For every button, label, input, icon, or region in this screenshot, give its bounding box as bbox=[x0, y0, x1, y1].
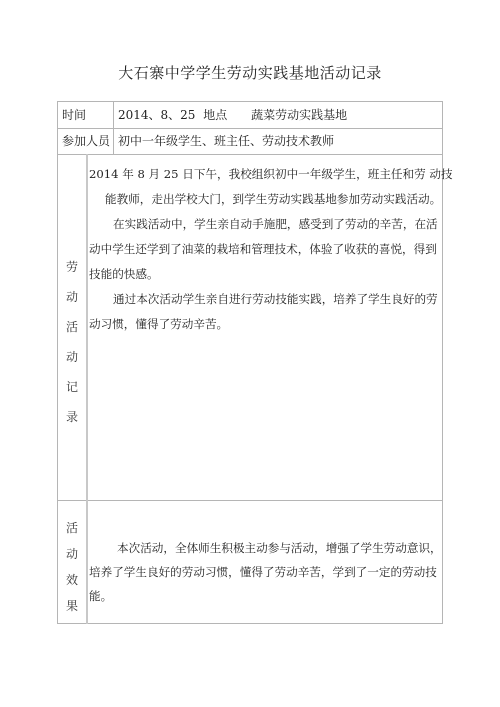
activity-record-table: 时间 2014、8、25 地点 蔬菜劳动实践基地 参加人员 初中一年级学生、班主… bbox=[57, 101, 443, 624]
effect-content: 本次活动，全体师生积极主动参与活动，增强了学生劳动意识， 培养了学生良好的劳动习… bbox=[89, 536, 441, 608]
effect-label-char: 活 bbox=[58, 519, 86, 545]
record-label-char: 录 bbox=[58, 408, 86, 438]
record-line: 在实践活动中，学生亲自动手施肥，感受到了劳动的辛苦，在活 bbox=[89, 212, 441, 237]
record-label-char: 活 bbox=[58, 318, 86, 348]
effect-label-char: 效 bbox=[58, 571, 86, 597]
record-label: 劳 动 活 动 记 录 bbox=[58, 258, 86, 438]
participants-label: 参加人员 bbox=[62, 134, 110, 148]
record-line: 动习惯，懂得了劳动辛苦。 bbox=[89, 312, 441, 337]
time-label: 时间 bbox=[62, 108, 86, 122]
effect-line: 能。 bbox=[89, 584, 441, 608]
place-value: 蔬菜劳动实践基地 bbox=[251, 108, 347, 122]
record-line: 2014 年 8 月 25 日下午，我校组织初中一年级学生，班主任和劳 动技 bbox=[89, 162, 441, 187]
record-label-char: 动 bbox=[58, 288, 86, 318]
record-content: 2014 年 8 月 25 日下午，我校组织初中一年级学生，班主任和劳 动技 能… bbox=[89, 162, 441, 337]
record-line: 通过本次活动学生亲自进行劳动技能实践，培养了学生良好的劳 bbox=[89, 287, 441, 312]
row-divider bbox=[58, 154, 442, 155]
date-value: 2014、8、25 bbox=[118, 108, 195, 122]
record-line: 动中学生还学到了油菜的栽培和管理技术，体验了收获的喜悦，得到 bbox=[89, 237, 441, 262]
effect-label-char: 果 bbox=[58, 597, 86, 623]
effect-label-char: 动 bbox=[58, 545, 86, 571]
record-line: 能教师，走出学校大门，到学生劳动实践基地参加劳动实践活动。 bbox=[89, 187, 441, 212]
row-divider bbox=[58, 500, 442, 501]
record-label-char: 记 bbox=[58, 378, 86, 408]
row-divider bbox=[58, 128, 442, 129]
participants-value: 初中一年级学生、班主任、劳动技术教师 bbox=[118, 134, 334, 148]
column-divider bbox=[86, 154, 88, 624]
record-line: 技能的快感。 bbox=[89, 262, 441, 287]
place-label: 地点 bbox=[203, 108, 227, 122]
document-title: 大石寨中学学生劳动实践基地活动记录 bbox=[0, 62, 500, 83]
record-label-char: 劳 bbox=[58, 258, 86, 288]
effect-line: 本次活动，全体师生积极主动参与活动，增强了学生劳动意识， bbox=[89, 536, 441, 560]
effect-label: 活 动 效 果 bbox=[58, 519, 86, 623]
column-divider bbox=[113, 102, 114, 154]
time-row-content: 2014、8、25 地点 蔬菜劳动实践基地 bbox=[118, 108, 347, 122]
effect-line: 培养了学生良好的劳动习惯，懂得了劳动辛苦，学到了一定的劳动技 bbox=[89, 560, 441, 584]
record-label-char: 动 bbox=[58, 348, 86, 378]
